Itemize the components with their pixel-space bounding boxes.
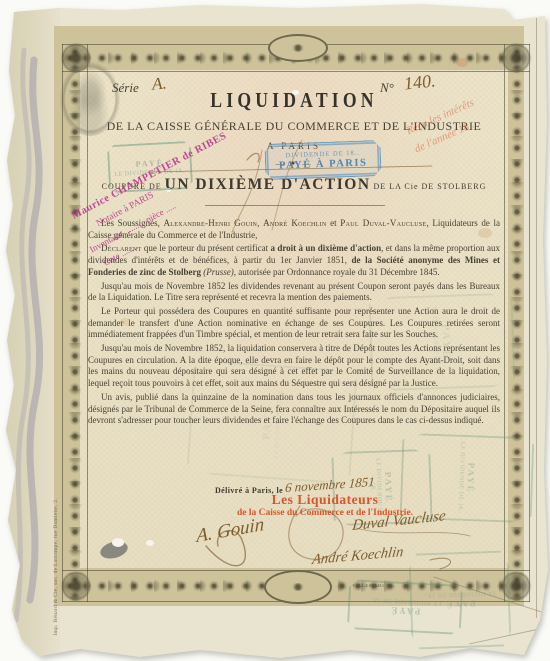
corner-flourish-tr — [497, 39, 535, 77]
paper-damage-speck — [112, 538, 124, 547]
body-text: Les Soussignés, Alexandre-Henri Gouin, A… — [88, 218, 500, 429]
foxing-spot — [456, 58, 468, 67]
certificate-paper: Série A. N° 140. LIQUIDATION DE LA CAISS… — [0, 0, 550, 661]
left-stub-strip — [0, 0, 60, 661]
paragraph-5: Jusqu'au mois de Novembre 1852, la liqui… — [88, 343, 500, 390]
engraver-mark: VILLEMART SC. — [352, 584, 396, 589]
paragraph-4: Le Porteur qui possédera des Coupures en… — [88, 306, 500, 341]
fold-crease-vertical — [536, 18, 537, 618]
paragraph-3: Jusqu'au mois de Novembre 1852 les divid… — [88, 281, 500, 304]
printer-imprint: Imp. Bénard & Cie, suc. de Lacrampe, rue… — [53, 498, 59, 636]
paragraph-6: Un avis, publié dans la quinzaine de la … — [88, 392, 500, 427]
paper-damage-speck — [146, 540, 154, 546]
scanned-certificate: Série A. N° 140. LIQUIDATION DE LA CAISS… — [0, 0, 550, 661]
green-stamp-bottom-right: PAYÉ LE DIVIDENDE DE 18.. — [408, 550, 511, 649]
paper-damage-speck — [292, 90, 299, 95]
dividend-paid-stamp-blue: DIVIDENDE DE 18.. PAYÉ À PARIS — [264, 140, 381, 180]
liquidators-heading: Les Liquidateurs — [225, 492, 425, 508]
cartouche-bottom — [264, 570, 332, 604]
corner-flourish-bl — [57, 567, 95, 605]
paper-shadow: Série A. N° 140. LIQUIDATION DE LA CAISS… — [0, 0, 550, 661]
separator-rule — [205, 205, 385, 206]
cartouche-top — [268, 34, 328, 62]
coupure-suffix: DE LA Cie DE STOLBERG — [371, 182, 487, 191]
paragraph-2: Déclarent que le porteur du présent cert… — [88, 243, 500, 278]
